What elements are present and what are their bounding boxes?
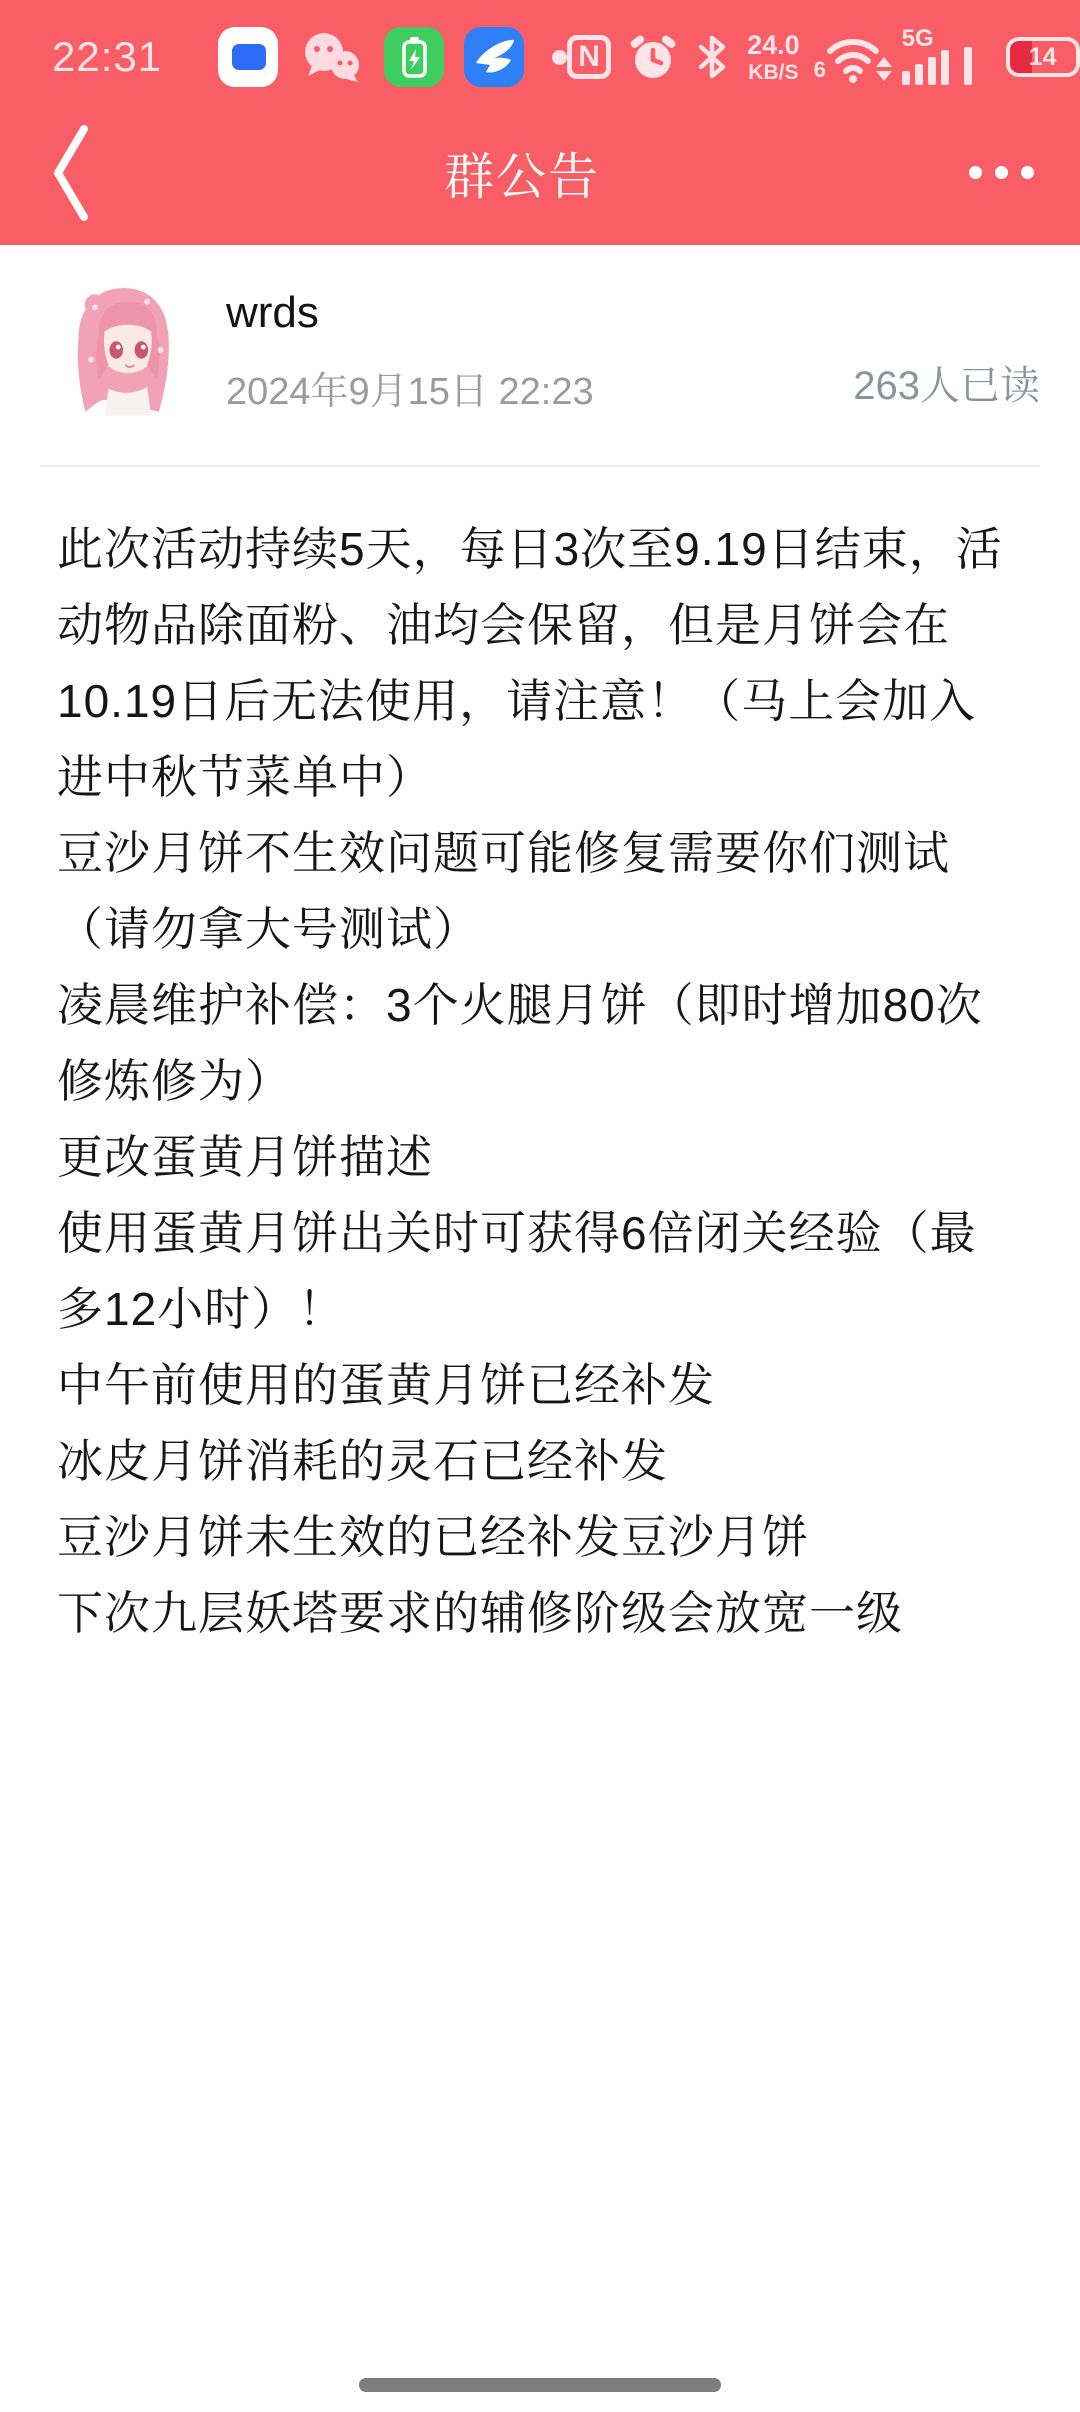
back-button[interactable] <box>46 118 106 228</box>
system-status-icons: N 24.0 KB/S <box>567 29 1080 85</box>
bluetooth-icon <box>695 32 729 82</box>
announcement-paragraph: 下次九层妖塔要求的辅修阶级会放宽一级 <box>57 1575 1023 1651</box>
nav-bar: 群公告 <box>0 100 1080 245</box>
more-dot-icon <box>1021 166 1034 179</box>
announcement-paragraph: 使用蛋黄月饼出关时可获得6倍闭关经验（最多12小时）！ <box>57 1195 1023 1347</box>
more-options-button[interactable] <box>938 143 1034 203</box>
speed-value: 24.0 <box>747 32 800 59</box>
window-app-icon <box>218 27 278 87</box>
status-bar: 22:31 <box>0 0 1080 100</box>
announcement-paragraph: 豆沙月饼不生效问题可能修复需要你们测试（请勿拿大号测试） <box>57 815 1023 967</box>
announcement-paragraph: 冰皮月饼消耗的灵石已经补发 <box>57 1423 1023 1499</box>
author-avatar[interactable] <box>66 280 182 420</box>
wifi-icon: 6 <box>818 31 884 83</box>
alarm-icon <box>629 32 677 82</box>
notification-icons <box>218 27 567 87</box>
app-bar: 22:31 <box>0 0 1080 245</box>
wifi-standard-label: 6 <box>814 57 826 83</box>
nfc-icon: N <box>567 35 611 79</box>
announcement-body: 此次活动持续5天，每日3次至9.19日结束，活动物品除面粉、油均会保留，但是月饼… <box>0 467 1080 1651</box>
announcement-timestamp: 2024年9月15日 22:23 <box>226 360 594 415</box>
announcement-paragraph: 更改蛋黄月饼描述 <box>57 1119 1023 1195</box>
speed-unit: KB/S <box>748 62 798 83</box>
read-count[interactable]: 263人已读 <box>853 354 1040 411</box>
battery-app-icon <box>384 27 444 87</box>
dingtalk-icon <box>464 27 524 87</box>
wechat-icon <box>298 28 364 86</box>
page-title: 群公告 <box>106 137 938 209</box>
announcement-paragraph: 中午前使用的蛋黄月饼已经补发 <box>57 1347 1023 1423</box>
home-indicator[interactable] <box>359 2378 721 2392</box>
back-chevron-icon <box>46 121 94 225</box>
clock-text: 22:31 <box>52 33 162 81</box>
group-announcement-screen: 22:31 <box>0 0 1080 2412</box>
battery-icon: 14 <box>1006 37 1080 77</box>
announcement-header: wrds 2024年9月15日 22:23 263人已读 <box>0 245 1080 465</box>
more-dot-icon <box>995 166 1008 179</box>
battery-percent: 14 <box>1029 43 1057 72</box>
author-meta: wrds 2024年9月15日 22:23 <box>226 280 594 415</box>
announcement-paragraph: 豆沙月饼未生效的已经补发豆沙月饼 <box>57 1499 1023 1575</box>
announcement-paragraph: 此次活动持续5天，每日3次至9.19日结束，活动物品除面粉、油均会保留，但是月饼… <box>57 511 1023 815</box>
notification-dot-icon <box>552 50 567 65</box>
cellular-signal-icon: 5G <box>902 29 988 85</box>
network-speed: 24.0 KB/S <box>747 32 800 83</box>
author-name: wrds <box>226 288 594 338</box>
more-dot-icon <box>969 166 982 179</box>
wifi-traffic-arrows <box>876 57 892 81</box>
announcement-paragraph: 凌晨维护补偿：3个火腿月饼（即时增加80次修炼修为） <box>57 967 1023 1119</box>
